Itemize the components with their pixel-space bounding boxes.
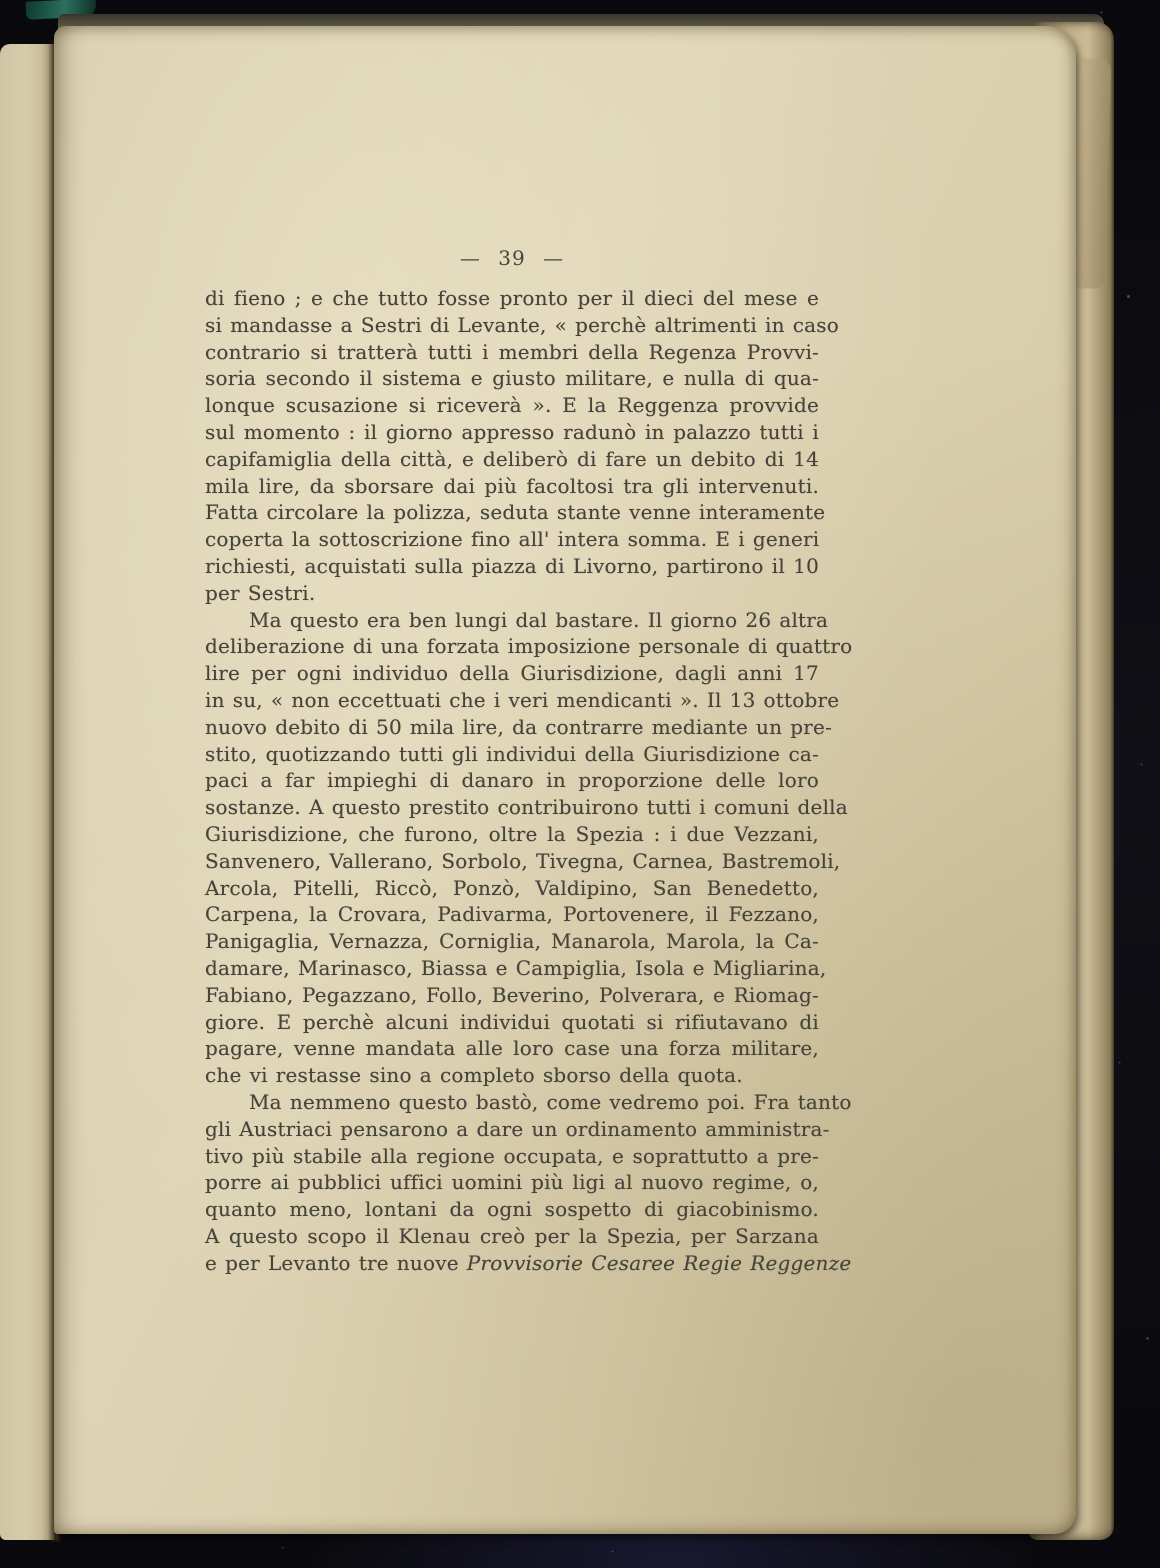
- text-line: A questo scopo il Klenau creò per la Spe…: [205, 1223, 819, 1250]
- italic-text: Provvisorie Cesaree Regie Reggenze: [467, 1251, 852, 1275]
- text-line: Arcola, Pitelli, Riccò, Ponzò, Valdipino…: [205, 875, 819, 902]
- text-line: Carpena, la Crovara, Padivarma, Portoven…: [205, 901, 819, 928]
- text-line: soria secondo il sistema e giusto milita…: [205, 365, 819, 392]
- text-line: in su, « non eccettuati che i veri mendi…: [205, 687, 819, 714]
- text-line: per Sestri.: [205, 580, 819, 607]
- text-line: porre ai pubblici uffici uomini più ligi…: [205, 1169, 819, 1196]
- text-line: coperta la sottoscrizione fino all' inte…: [205, 526, 819, 553]
- text-line: sul momento : il giorno appresso radunò …: [205, 419, 819, 446]
- text-line: Ma questo era ben lungi dal bastare. Il …: [205, 607, 819, 634]
- text-line: Giurisdizione, che furono, oltre la Spez…: [205, 821, 819, 848]
- text-line: mila lire, da sborsare dai più facoltosi…: [205, 473, 819, 500]
- page-number: — 39 —: [205, 246, 819, 270]
- text-line: contrario si tratterà tutti i membri del…: [205, 339, 819, 366]
- text-line: richiesti, acquistati sulla piazza di Li…: [205, 553, 819, 580]
- text-line: tivo più stabile alla regione occupata, …: [205, 1143, 819, 1170]
- text-line: Fabiano, Pegazzano, Follo, Beverino, Pol…: [205, 982, 819, 1009]
- text-line: deliberazione di una forzata imposizione…: [205, 633, 819, 660]
- text-line: di fieno ; e che tutto fosse pronto per …: [205, 285, 819, 312]
- text-line: paci a far impieghi di danaro in proporz…: [205, 767, 819, 794]
- text-line: sostanze. A questo prestito contribuiron…: [205, 794, 819, 821]
- text-line: quanto meno, lontani da ogni sospetto di…: [205, 1196, 819, 1223]
- text-line: che vi restasse sino a completo sborso d…: [205, 1062, 819, 1089]
- text-line: Ma nemmeno questo bastò, come vedremo po…: [205, 1089, 819, 1116]
- text-line: damare, Marinasco, Biassa e Campiglia, I…: [205, 955, 819, 982]
- page-text: di fieno ; e che tutto fosse pronto per …: [205, 285, 819, 1276]
- book-scan-photo: { "page": { "number": "39", "header": "—…: [0, 0, 1160, 1568]
- text-line: Fatta circolare la polizza, seduta stant…: [205, 499, 819, 526]
- text-line: e per Levanto tre nuove Provvisorie Cesa…: [205, 1250, 819, 1277]
- text-line: capifamiglia della città, e deliberò di …: [205, 446, 819, 473]
- dust-specks: [0, 0, 1, 1]
- text-line: giore. E perchè alcuni individui quotati…: [205, 1009, 819, 1036]
- text-line: Panigaglia, Vernazza, Corniglia, Manarol…: [205, 928, 819, 955]
- text-line: pagare, venne mandata alle loro case una…: [205, 1035, 819, 1062]
- text-line: stito, quotizzando tutti gli individui d…: [205, 741, 819, 768]
- book-page: — 39 — di fieno ; e che tutto fosse pron…: [54, 26, 1076, 1534]
- text-line: lire per ogni individuo della Giurisdizi…: [205, 660, 819, 687]
- text-line: si mandasse a Sestri di Levante, « perch…: [205, 312, 819, 339]
- text-line: gli Austriaci pensarono a dare un ordina…: [205, 1116, 819, 1143]
- text-line: lonque scusazione si riceverà ». E la Re…: [205, 392, 819, 419]
- text-line: Sanvenero, Vallerano, Sorbolo, Tivegna, …: [205, 848, 819, 875]
- text-line: nuovo debito di 50 mila lire, da contrar…: [205, 714, 819, 741]
